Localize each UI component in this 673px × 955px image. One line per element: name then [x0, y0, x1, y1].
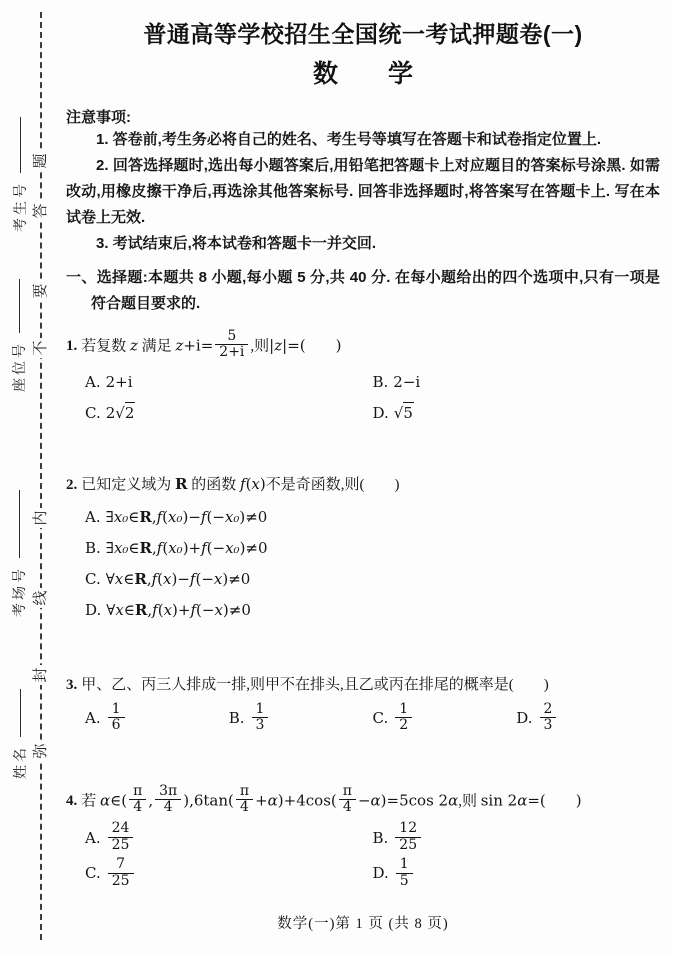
option-D: D.√5 [373, 400, 661, 427]
math-segment: x [164, 601, 172, 619]
options: A.∃x₀∈R,f(x₀)−f(−x₀)≠0B.∃x₀∈R,f(x₀)+f(−x… [66, 504, 660, 624]
fraction: 15 [396, 857, 413, 889]
question-1: 1.若复数 z 满足 z+i=52+i,则|z|=( )A.2+iB.2−iC.… [66, 331, 660, 427]
option-D: D.∀x∈R,f(x)+f(−x)≠0 [85, 597, 660, 624]
math-segment: )− [172, 570, 190, 588]
paper-title: 普通高等学校招生全国统一考试押题卷(一) [66, 16, 660, 49]
seal-label-text: 姓名 [12, 745, 28, 779]
fraction: 2425 [108, 821, 134, 853]
fraction: 3π4 [155, 784, 181, 816]
question-number: 3. [66, 677, 77, 693]
math-segment: x₀ [225, 539, 239, 557]
notice-heading: 注意事项: [66, 106, 660, 127]
math-segment: )+ [183, 539, 201, 557]
notice-item: 1. 答卷前,考生务必将自己的姓名、考生号等填写在答题卡和试卷指定位置上. [66, 127, 660, 153]
math-segment: ∀ [106, 570, 115, 588]
seal-line-character: 不 [31, 338, 51, 358]
math-segment: − [358, 791, 371, 809]
option-B: B.1225 [373, 823, 661, 855]
question-number: 1. [66, 338, 77, 354]
text-segment: 若复数 [81, 338, 130, 354]
question-number: 2. [66, 477, 77, 493]
option-A: A.2+i [85, 369, 373, 396]
question-number: 4. [66, 793, 77, 809]
text-segment: ,则 [458, 793, 481, 809]
option-C: C.2√2 [85, 400, 373, 427]
math-segment: + [255, 791, 268, 809]
math-segment: x [163, 570, 171, 588]
math-segment: 2 [106, 404, 116, 422]
question-4: 4.若 α∈(π4,3π4),6tan(π4+α)+4cos(π4−α)=5co… [66, 786, 660, 891]
math-segment: )≠0 [222, 570, 250, 588]
math-segment: R [139, 508, 151, 526]
option-label: A. [85, 508, 101, 526]
option-label: B. [373, 829, 389, 847]
seal-line-character: 题 [31, 151, 51, 171]
math-segment: )≠0 [239, 508, 267, 526]
math-segment: (− [206, 508, 224, 526]
math-segment: 2−i [393, 373, 420, 391]
math-segment: x [115, 601, 123, 619]
math-segment: x [214, 601, 222, 619]
math-segment: ),6tan( [183, 791, 234, 809]
math-segment: (− [196, 601, 214, 619]
fraction: π4 [339, 784, 356, 816]
notice-items: 1. 答卷前,考生务必将自己的姓名、考生号等填写在答题卡和试卷指定位置上.2. … [66, 127, 660, 257]
question-stem: 3.甲、乙、丙三人排成一排,则甲不在排头,且乙或丙在排尾的概率是( ) [66, 672, 660, 698]
seal-label-candidate-number: 考生号 [10, 117, 30, 232]
math-segment: R [134, 570, 146, 588]
math-segment: R [175, 475, 187, 493]
square-root: √5 [394, 402, 414, 422]
options: A.2425B.1225C.725D.15 [66, 823, 660, 891]
option-A: A.∃x₀∈R,f(x₀)−f(−x₀)≠0 [85, 504, 660, 531]
fraction: 12 [395, 702, 412, 734]
text-segment: 已知定义域为 [81, 477, 175, 493]
math-segment: x [251, 475, 259, 493]
notice-item: 3. 考试结束后,将本试卷和答题卡一并交回. [66, 231, 660, 257]
math-segment: )− [183, 508, 201, 526]
fraction: π4 [129, 784, 146, 816]
fraction: 23 [540, 702, 557, 734]
option-label: D. [516, 709, 532, 727]
seal-line-character: 封 [31, 665, 51, 685]
option-label: D. [373, 864, 389, 882]
text-segment: 满足 [138, 338, 176, 354]
math-segment: ∃ [106, 508, 114, 526]
fill-in-line [19, 279, 20, 333]
fraction: 725 [108, 857, 134, 889]
option-label: A. [85, 829, 101, 847]
seal-label-name: 姓名 [10, 689, 30, 779]
math-segment: α [517, 791, 527, 809]
fraction: 52+i [215, 329, 248, 361]
exam-paper-page: { "page": { "title": "普通高等学校招生全国统一考试押题卷(… [0, 0, 673, 955]
option-B: B.∃x₀∈R,f(x₀)+f(−x₀)≠0 [85, 535, 660, 562]
text-segment: 甲、乙、丙三人排成一排,则甲不在排头,且乙或丙在排尾的概率是( ) [81, 677, 549, 693]
option-label: C. [85, 404, 101, 422]
seal-line-character: 弥 [31, 741, 51, 761]
math-segment: x₀ [114, 539, 128, 557]
math-segment: )≠0 [223, 601, 251, 619]
seal-line-character: 内 [31, 508, 51, 528]
math-segment: ∈ [123, 570, 134, 588]
notice-item: 2. 回答选择题时,选出每小题答案后,用铅笔把答题卡上对应题目的答案标号涂黑. … [66, 153, 660, 231]
option-A: A.2425 [85, 823, 373, 855]
question-3: 3.甲、乙、丙三人排成一排,则甲不在排头,且乙或丙在排尾的概率是( )A.16B… [66, 672, 660, 736]
option-label: C. [85, 864, 101, 882]
option-label: B. [85, 539, 101, 557]
option-C: C.725 [85, 859, 373, 891]
option-D: D.15 [373, 859, 661, 891]
math-segment: α [371, 791, 381, 809]
square-root: √2 [115, 402, 135, 422]
fraction: 13 [252, 702, 269, 734]
option-C: C.∀x∈R,f(x)−f(−x)≠0 [85, 566, 660, 593]
seal-label-exam-room-number: 考场号 [9, 490, 29, 617]
math-segment: x [115, 570, 123, 588]
math-segment: α [448, 791, 458, 809]
math-segment: x₀ [225, 508, 239, 526]
option-label: A. [85, 709, 101, 727]
question-stem: 1.若复数 z 满足 z+i=52+i,则|z|=( ) [66, 331, 660, 363]
math-segment: R [140, 539, 152, 557]
math-segment: , [148, 791, 153, 809]
math-segment: ∈ [124, 601, 135, 619]
subject-title: 数 学 [66, 54, 660, 90]
option-label: B. [373, 373, 389, 391]
math-segment: (− [195, 570, 213, 588]
seal-label-text: 考场号 [11, 566, 27, 617]
math-segment: z [274, 336, 282, 354]
math-segment: α [268, 791, 278, 809]
option-B: B.2−i [373, 369, 661, 396]
math-segment: ∀ [106, 601, 115, 619]
option-label: D. [85, 601, 101, 619]
option-label: A. [85, 373, 101, 391]
page-footer: 数学(一)第 1 页 (共 8 页) [66, 912, 660, 933]
option-label: B. [229, 709, 245, 727]
option-label: C. [85, 570, 101, 588]
math-segment: )+ [172, 601, 190, 619]
math-segment: )+4cos( [278, 791, 337, 809]
math-segment: α [100, 791, 110, 809]
seal-line-character: 答 [31, 201, 51, 221]
math-segment: ∈ [128, 508, 139, 526]
text-segment: 若 [81, 793, 100, 809]
seal-label-text: 座位号 [11, 341, 27, 392]
math-segment: ∈( [110, 791, 127, 809]
math-segment: ∃ [106, 539, 114, 557]
seal-line-character: 要 [31, 281, 51, 301]
text-segment: ,则 [250, 338, 269, 354]
math-segment: )≠0 [240, 539, 268, 557]
option-D: D.23 [516, 704, 660, 736]
fill-in-line [20, 689, 21, 737]
question-stem: 2.已知定义域为 R 的函数 f(x)不是奇函数,则( ) [66, 471, 660, 498]
section-heading: 一、选择题:本题共 8 小题,每小题 5 分,共 40 分. 在每小题给出的四个… [66, 265, 660, 317]
option-A: A.16 [85, 704, 229, 736]
fraction: 1225 [395, 821, 421, 853]
option-label: C. [373, 709, 389, 727]
fill-in-line [19, 490, 20, 558]
math-segment: )=5cos 2 [381, 791, 448, 809]
paper-content: 普通高等学校招生全国统一考试押题卷(一) 数 学 注意事项: 1. 答卷前,考生… [66, 0, 660, 891]
math-segment: z [130, 336, 138, 354]
fraction: 16 [108, 702, 125, 734]
math-segment: =( ) [527, 791, 581, 809]
math-segment: x₀ [114, 508, 128, 526]
math-segment: ∈ [128, 539, 139, 557]
text-segment: 的函数 [187, 477, 240, 493]
question-2: 2.已知定义域为 R 的函数 f(x)不是奇函数,则( )A.∃x₀∈R,f(x… [66, 471, 660, 624]
math-segment: 2+i [106, 373, 133, 391]
fill-in-line [20, 117, 21, 173]
option-C: C.12 [373, 704, 517, 736]
math-segment: |=( ) [282, 336, 341, 354]
math-segment: R [135, 601, 147, 619]
seal-line-character: 线 [31, 588, 51, 608]
math-segment: sin 2 [481, 791, 517, 809]
text-segment: 不是奇函数,则( ) [266, 477, 400, 493]
math-segment: (− [207, 539, 225, 557]
question-stem: 4.若 α∈(π4,3π4),6tan(π4+α)+4cos(π4−α)=5co… [66, 786, 660, 818]
seal-label-seat-number: 座位号 [9, 279, 29, 392]
options: A.16B.13C.12D.23 [66, 704, 660, 736]
questions: 1.若复数 z 满足 z+i=52+i,则|z|=( )A.2+iB.2−iC.… [66, 331, 660, 891]
seal-label-text: 考生号 [12, 181, 28, 232]
math-segment: x₀ [168, 508, 182, 526]
fraction: π4 [236, 784, 253, 816]
math-segment: x₀ [168, 539, 182, 557]
math-segment: +i= [183, 336, 213, 354]
option-label: D. [373, 404, 389, 422]
option-B: B.13 [229, 704, 373, 736]
options: A.2+iB.2−iC.2√2D.√5 [66, 369, 660, 427]
